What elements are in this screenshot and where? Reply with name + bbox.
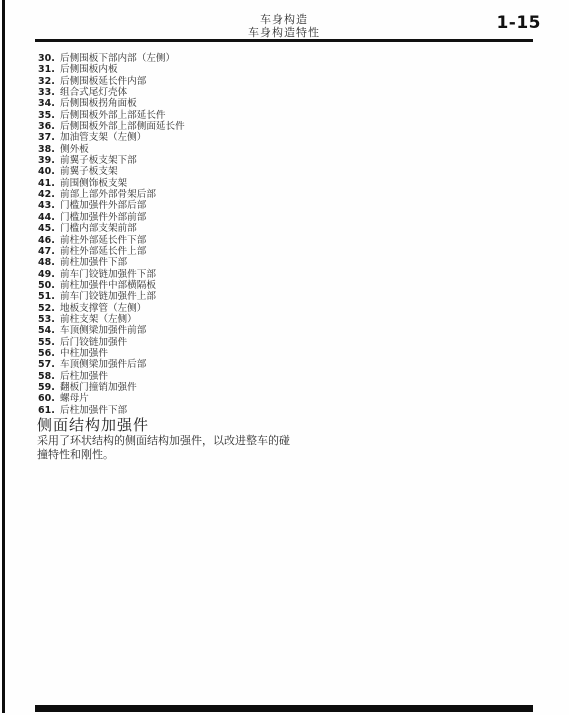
- item-number: 54.: [38, 325, 60, 336]
- paragraph-line: 撞特性和刚性。: [37, 448, 347, 462]
- item-number: 53.: [38, 314, 60, 325]
- item-number: 51.: [38, 291, 60, 302]
- item-number: 44.: [38, 212, 60, 223]
- item-number: 37.: [38, 132, 60, 143]
- list-item: 50.前柱加强件中部横隔板: [38, 277, 518, 288]
- section-heading: 侧面结构加强件: [37, 414, 149, 435]
- list-item: 49.前车门铰链加强件下部: [38, 266, 518, 277]
- paragraph-line: 采用了环状结构的侧面结构加强件，以改进整车的碰: [37, 434, 347, 448]
- list-item: 59.翻板门撞销加强件: [38, 379, 518, 390]
- item-number: 36.: [38, 121, 60, 132]
- list-item: 41.前围侧饰板支架: [38, 175, 518, 186]
- list-item: 37.加油管支架（左侧）: [38, 129, 518, 140]
- item-number: 32.: [38, 76, 60, 87]
- item-number: 58.: [38, 371, 60, 382]
- item-number: 43.: [38, 200, 60, 211]
- list-item: 54.车顶侧梁加强件前部: [38, 322, 518, 333]
- list-item: 43.门槛加强件外部后部: [38, 197, 518, 208]
- item-number: 60.: [38, 393, 60, 404]
- list-item: 31.后侧围板内板: [38, 61, 518, 72]
- item-number: 35.: [38, 110, 60, 121]
- manual-page: 车身构造 车身构造特性 1-15 30.后侧围板下部内部（左侧）31.后侧围板内…: [0, 0, 569, 715]
- item-number: 45.: [38, 223, 60, 234]
- list-item: 36.后侧围板外部上部侧面延长件: [38, 118, 518, 129]
- list-item: 40.前翼子板支架: [38, 163, 518, 174]
- item-number: 41.: [38, 178, 60, 189]
- list-item: 48.前柱加强件下部: [38, 254, 518, 265]
- list-item: 34.后侧围板拐角面板: [38, 95, 518, 106]
- list-item: 39.前翼子板支架下部: [38, 152, 518, 163]
- item-number: 59.: [38, 382, 60, 393]
- header-title-line1: 车身构造: [35, 13, 533, 26]
- item-number: 40.: [38, 166, 60, 177]
- item-number: 33.: [38, 87, 60, 98]
- item-number: 34.: [38, 98, 60, 109]
- item-number: 42.: [38, 189, 60, 200]
- item-number: 55.: [38, 337, 60, 348]
- item-number: 48.: [38, 257, 60, 268]
- footer-bar: [35, 705, 533, 712]
- item-number: 47.: [38, 246, 60, 257]
- list-item: 35.后侧围板外部上部延长件: [38, 107, 518, 118]
- page-header: 车身构造 车身构造特性: [35, 13, 533, 39]
- header-rule: [35, 39, 533, 42]
- list-item: 47.前柱外部延长件上部: [38, 243, 518, 254]
- item-number: 52.: [38, 303, 60, 314]
- item-number: 38.: [38, 144, 60, 155]
- list-item: 57.车顶侧梁加强件后部: [38, 356, 518, 367]
- item-number: 46.: [38, 235, 60, 246]
- item-number: 49.: [38, 269, 60, 280]
- page-number: 1-15: [496, 13, 541, 33]
- list-item: 51.前车门铰链加强件上部: [38, 288, 518, 299]
- list-item: 45.门槛内部支架前部: [38, 220, 518, 231]
- list-item: 42.前部上部外部骨架后部: [38, 186, 518, 197]
- list-item: 53.前柱支架（左侧）: [38, 311, 518, 322]
- list-item: 46.前柱外部延长件下部: [38, 232, 518, 243]
- item-number: 56.: [38, 348, 60, 359]
- list-item: 33.组合式尾灯壳体: [38, 84, 518, 95]
- list-item: 55.后门铰链加强件: [38, 334, 518, 345]
- list-item: 32.后侧围板延长件内部: [38, 73, 518, 84]
- item-number: 30.: [38, 53, 60, 64]
- list-item: 44.门槛加强件外部前部: [38, 209, 518, 220]
- parts-list: 30.后侧围板下部内部（左侧）31.后侧围板内板32.后侧围板延长件内部33.组…: [38, 50, 518, 413]
- list-item: 61.后柱加强件下部: [38, 402, 518, 413]
- scan-edge-line: [2, 0, 5, 713]
- item-number: 50.: [38, 280, 60, 291]
- header-title-line2: 车身构造特性: [35, 26, 533, 39]
- list-item: 30.后侧围板下部内部（左侧）: [38, 50, 518, 61]
- item-number: 57.: [38, 359, 60, 370]
- list-item: 52.地板支撑管（左侧）: [38, 300, 518, 311]
- item-number: 39.: [38, 155, 60, 166]
- section-paragraph: 采用了环状结构的侧面结构加强件，以改进整车的碰撞特性和刚性。: [37, 434, 347, 461]
- item-number: 31.: [38, 64, 60, 75]
